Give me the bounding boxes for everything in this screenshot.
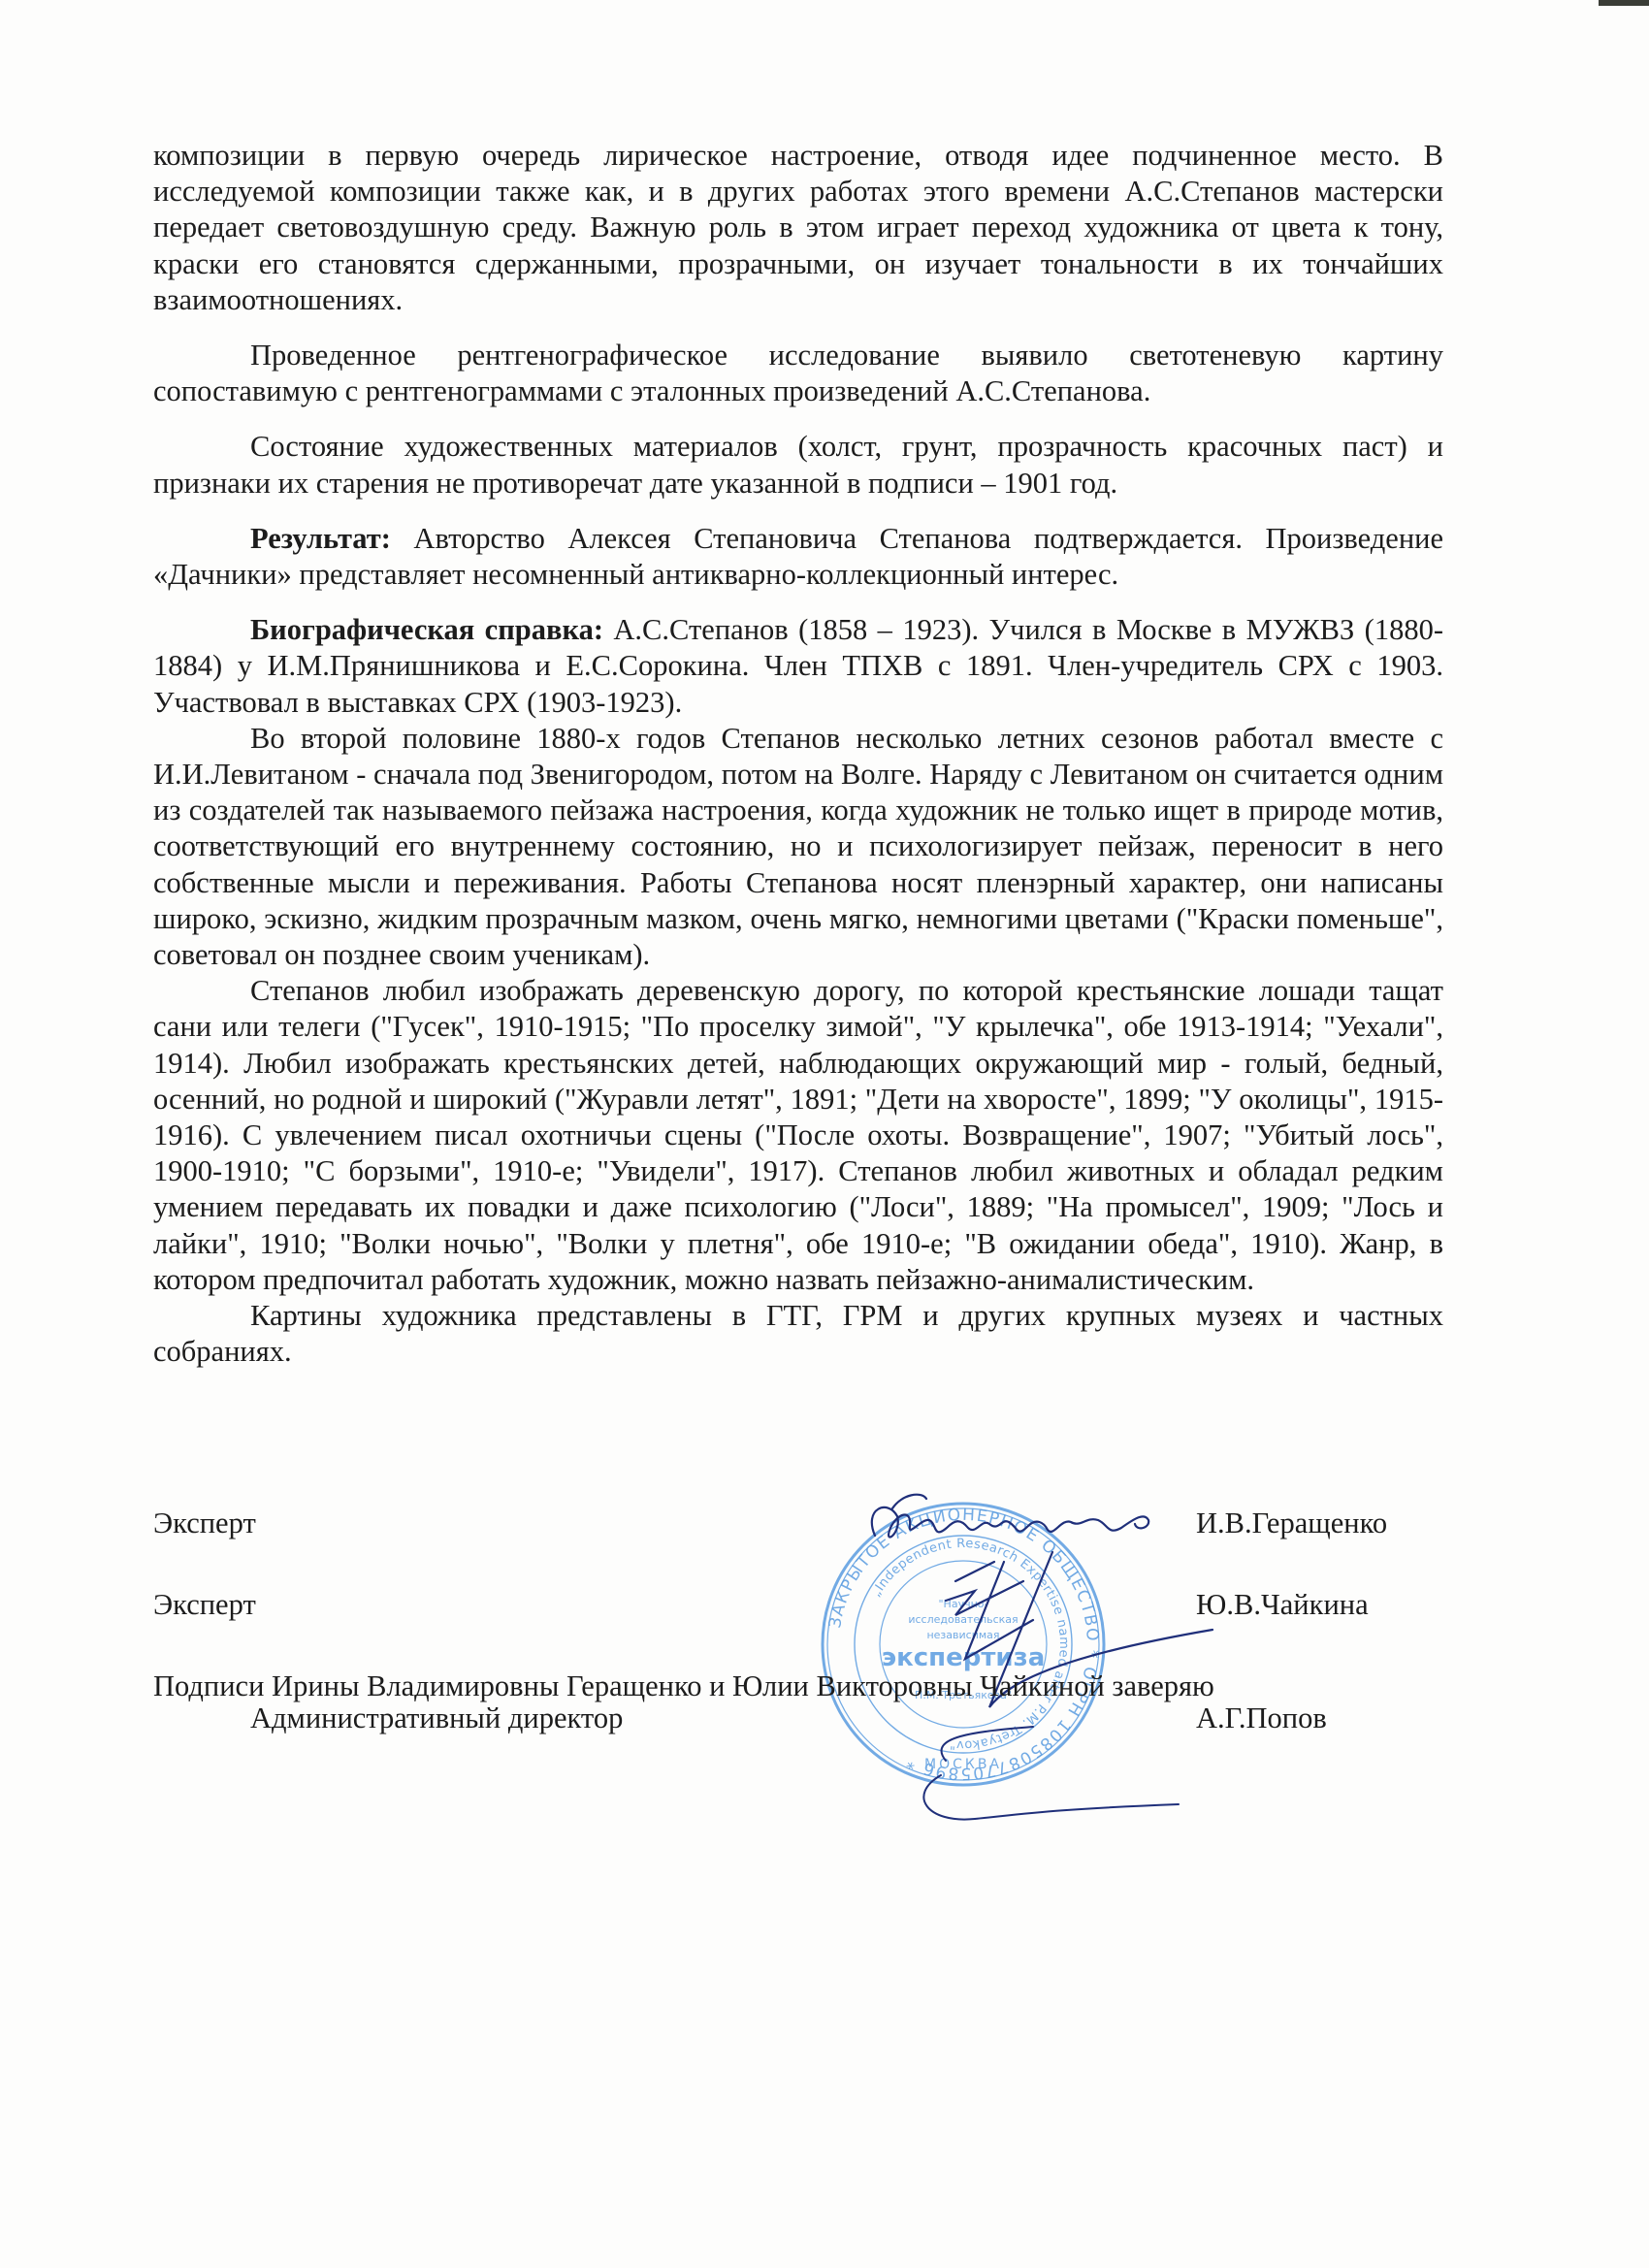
paragraph-xray: Проведенное рентгенографическое исследов… (153, 338, 1443, 409)
signature-block: Эксперт И.В.Геращенко Эксперт Ю.В.Чайкин… (153, 1506, 1443, 1758)
director-name: А.Г.Попов (1196, 1701, 1327, 1736)
expert1-name: И.В.Геращенко (1196, 1506, 1387, 1541)
svg-text:МОСКВА: МОСКВА (924, 1757, 1002, 1772)
expert2-name: Ю.В.Чайкина (1196, 1587, 1369, 1623)
certification-statement: Подписи Ирины Владимировны Геращенко и Ю… (153, 1669, 1214, 1704)
paragraph-materials: Состояние художественных материалов (хол… (153, 429, 1443, 501)
paragraph-levitan: Во второй половине 1880-х годов Степанов… (153, 721, 1443, 973)
paragraph-composition: композиции в первую очередь лирическое н… (153, 138, 1443, 318)
scan-edge (1599, 0, 1649, 6)
paragraph-biography: Биографическая справка: А.С.Степанов (18… (153, 612, 1443, 721)
biography-label: Биографическая справка: (250, 613, 603, 646)
paragraph-museums: Картины художника представлены в ГТГ, ГР… (153, 1298, 1443, 1370)
result-label: Результат: (250, 522, 391, 555)
expert1-label: Эксперт (153, 1506, 256, 1541)
paragraph-subjects: Степанов любил изображать деревенскую до… (153, 973, 1443, 1298)
paragraph-result: Результат: Авторство Алексея Степановича… (153, 521, 1443, 593)
expert2-label: Эксперт (153, 1587, 256, 1623)
document-body: композиции в первую очередь лирическое н… (153, 138, 1443, 1371)
director-title: Административный директор (250, 1701, 623, 1736)
